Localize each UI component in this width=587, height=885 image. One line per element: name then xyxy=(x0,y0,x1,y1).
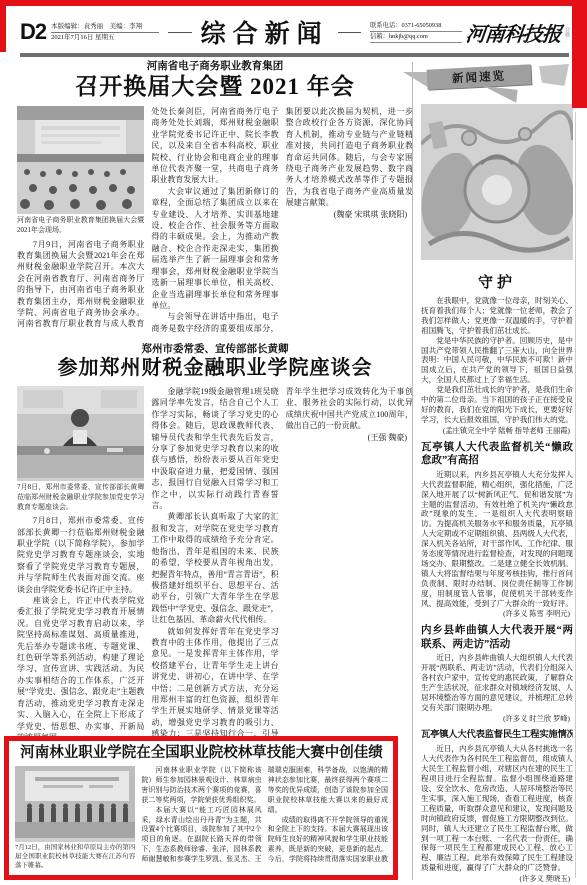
article1-byline: (魏豪 宋琪琪 张晓阳) xyxy=(286,209,413,220)
news2-byline: (许多义 时兰欣 罗峰) xyxy=(421,714,573,724)
article-ecommerce-annual-meeting: 河南省电子商务职业教育集团 召开换届大会暨 2021 年会 xyxy=(17,61,413,335)
news1-byline: (许多义 陈雪 李明元) xyxy=(421,609,573,619)
essay-paragraph: 党是我们茁壮成长的守护者，是我们生命中的第二位母亲。当下祖国的孩子正在接受良好的… xyxy=(421,385,573,425)
article3-photo-block: 7月12日，由国家林业和草原局主办的第四届全国职业院校林草技能大赛在江苏句容落下… xyxy=(15,766,135,870)
article2-paragraph: 7月8日，郑州市委常委、宣传部部长黄卿一行莅临郑州财税金融职业学院（以下简称学院… xyxy=(17,515,144,595)
article2-caption: 7月8日，郑州市委常委、宣传部部长黄卿莅临郑州财税金融职业学院参加党史学习教育专… xyxy=(17,483,144,512)
news3-title: 瓦亭镇人大代表监督民生工程实施情况 xyxy=(421,729,573,743)
newspaper-page: { "header": { "edition": "D2", "editor_l… xyxy=(0,0,587,885)
article1-paragraph: 大会审议通过了集团新修订的章程，全面总结了集团成立以来在专业建设、人才培养、实训… xyxy=(151,186,278,311)
ribbon-left-tail xyxy=(403,72,429,88)
article1-kicker: 河南省电子商务职业教育集团 xyxy=(17,61,413,73)
article3-photo xyxy=(15,766,135,842)
edition-label: D2 xyxy=(20,19,46,45)
news2-title: 内乡县岞曲镇人大代表开展“两联系、两走访”活动 xyxy=(421,624,573,651)
contact-phone: 联系电话：0371-65050938 xyxy=(370,21,462,32)
header-left-rule xyxy=(168,32,191,33)
news-item: 瓦亭镇人大代表监督机关“懒政怠政”有高招 近期以来，内乡县瓦亭镇人大充分发挥人大… xyxy=(421,441,573,620)
news-digest-ribbon: 新闻速览 xyxy=(427,64,532,89)
essay-paragraph: 党是中华民族的守护者。回顾历史，是中国共产党带领人民推翻了三座大山，向全世界表明… xyxy=(421,336,573,386)
article3-headline: 河南林业职业学院在全国职业院校林草技能大赛中创佳绩 xyxy=(15,744,388,762)
ribbon-right-fold xyxy=(539,64,569,86)
news-item: 瓦亭镇人大代表监督民生工程实施情况 近日，内乡县瓦亭镇人大从各村挑选一名人大代表… xyxy=(421,729,573,884)
annotation-left-bar xyxy=(0,0,6,52)
header-thick-rule xyxy=(20,53,569,57)
ribbon-bottom-fold xyxy=(482,86,517,102)
news2-body: 近日，内乡县岞曲镇人大组织镇人大代表开展“两联系、两走访”活动，代表们分组深入各… xyxy=(421,653,573,712)
right-column: 新闻速览 守护 在我眼中，党就像一位母亲，时刻关心、抚育着我们每个人；党就像一位… xyxy=(421,62,573,885)
article1-body: 河南省电子商务职业教育集团换届大会暨2021年会现场。 7月9日，河南省电子商务… xyxy=(17,106,413,335)
article2-body: 7月8日，郑州市委常委、宣传部部长黄卿莅临郑州财税金融职业学院参加党史学习教育专… xyxy=(17,386,413,744)
annotation-top-bar xyxy=(0,0,587,6)
contact-mail: 信箱：hnkjb@qq.com xyxy=(370,32,462,43)
article2-paragraph: 金融学院19级金融管理1班吴晓露同学率先发言，结合自己个人工作学习实际，畅谈了学… xyxy=(151,386,278,511)
article2-paragraph: 黄卿部长认真听取了大家的汇报和发言，对学院在党史学习教育工作中取得的成绩给予充分… xyxy=(151,511,278,625)
page-edge-line xyxy=(575,112,576,878)
guardian-hands-cartoon xyxy=(421,104,573,260)
article-symposium: 郑州市委常委、宣传部部长黄卿 参加郑州财税金融职业学院座谈会 xyxy=(17,344,413,744)
contact-block: 联系电话：0371-65050938 信箱：hnkjb@qq.com xyxy=(370,21,462,43)
essay-paragraph: 在我眼中，党就像一位母亲，时刻关心、抚育着我们每个人；党就像一位老师，教会了我们… xyxy=(421,296,573,336)
column-divider xyxy=(412,62,413,880)
header-right-rule xyxy=(338,32,361,33)
article1-headline: 召开换届大会暨 2021 年会 xyxy=(17,74,413,100)
article2-byline: (王强 魏豪) xyxy=(286,432,413,443)
article2-paragraph: 座谈会上，许正中代表学院党委汇报了学院党史学习教育开展情况。自党史学习教育启动以… xyxy=(17,595,144,743)
article3-caption: 7月12日，由国家林业和草原局主办的第四届全国职业院校林草技能大赛在江苏句容落下… xyxy=(15,844,135,870)
article3-paragraph: 河南林业职业学院（以下简称该院）师生参加园林景观设计、林草病虫害识别与防治技术两… xyxy=(141,766,261,806)
award-stage-photo xyxy=(15,766,135,838)
article1-photo-block: 河南省电子商务职业教育集团换届大会暨2021年会现场。 xyxy=(17,106,144,236)
annotation-bottom-box: 河南林业职业学院在全国职业院校林草技能大赛中创佳绩 xyxy=(4,736,398,880)
conference-hall-photo xyxy=(17,106,144,211)
editor-line: 本版编辑：袁秀丽 美编：李翔 xyxy=(51,22,159,33)
cartoon-illustration xyxy=(421,104,573,260)
masthead-side-label: 官微 xyxy=(563,27,569,37)
section-title: 综合新闻 xyxy=(201,14,329,50)
article2-photo xyxy=(17,386,144,481)
page-header: D2 本版编辑：袁秀丽 美编：李翔 2021年7月16日 星期五 综合新闻 联系… xyxy=(20,13,569,51)
article2-headline: 参加郑州财税金融职业学院座谈会 xyxy=(17,357,413,380)
news1-title: 瓦亭镇人大代表监督机关“懒政怠政”有高招 xyxy=(421,441,573,468)
main-column: 河南省电子商务职业教育集团 召开换届大会暨 2021 年会 xyxy=(17,61,413,744)
news-item: 内乡县岞曲镇人大代表开展“两联系、两走访”活动 近日，内乡县岞曲镇人大组织镇人大… xyxy=(421,624,573,723)
article1-photo xyxy=(17,106,144,214)
header-meta: 本版编辑：袁秀丽 美编：李翔 2021年7月16日 星期五 xyxy=(51,22,159,42)
essay-byline: (孟庄镇完全中学 陆畅 指导老师 王丽霞) xyxy=(421,426,573,436)
news3-body: 近日，内乡县瓦亭镇人大从各村挑选一名人大代表作为各村民生工程监督员，组成镇人大民… xyxy=(421,744,573,873)
news3-byline: (许多义 樊晓玉) xyxy=(421,874,573,884)
date-line: 2021年7月16日 星期五 xyxy=(51,33,159,42)
news1-body: 近期以来，内乡县瓦亭镇人大充分发挥人大代表监督职能，精心组织，强化措施，广泛深入… xyxy=(421,470,573,609)
annotation-right-bar xyxy=(572,0,587,108)
article1-caption: 河南省电子商务职业教育集团换届大会暨2021年会现场。 xyxy=(17,216,144,235)
article3-body: 7月12日，由国家林业和草原局主办的第四届全国职业院校林草技能大赛在江苏句容落下… xyxy=(15,766,388,874)
masthead-logo: 河南科技报 xyxy=(464,18,562,47)
essay-body: 在我眼中，党就像一位母亲，时刻关心、抚育着我们每个人；党就像一位老师，教会了我们… xyxy=(421,296,573,425)
article2-kicker: 郑州市委常委、宣传部部长黄卿 xyxy=(17,344,413,356)
essay-title: 守护 xyxy=(421,271,573,292)
news-digest-ribbon-zone: 新闻速览 xyxy=(421,62,573,102)
speaker-photo xyxy=(17,386,144,478)
article2-photo-block: 7月8日，郑州市委常委、宣传部部长黄卿莅临郑州财税金融职业学院参加党史学习教育专… xyxy=(17,386,144,512)
